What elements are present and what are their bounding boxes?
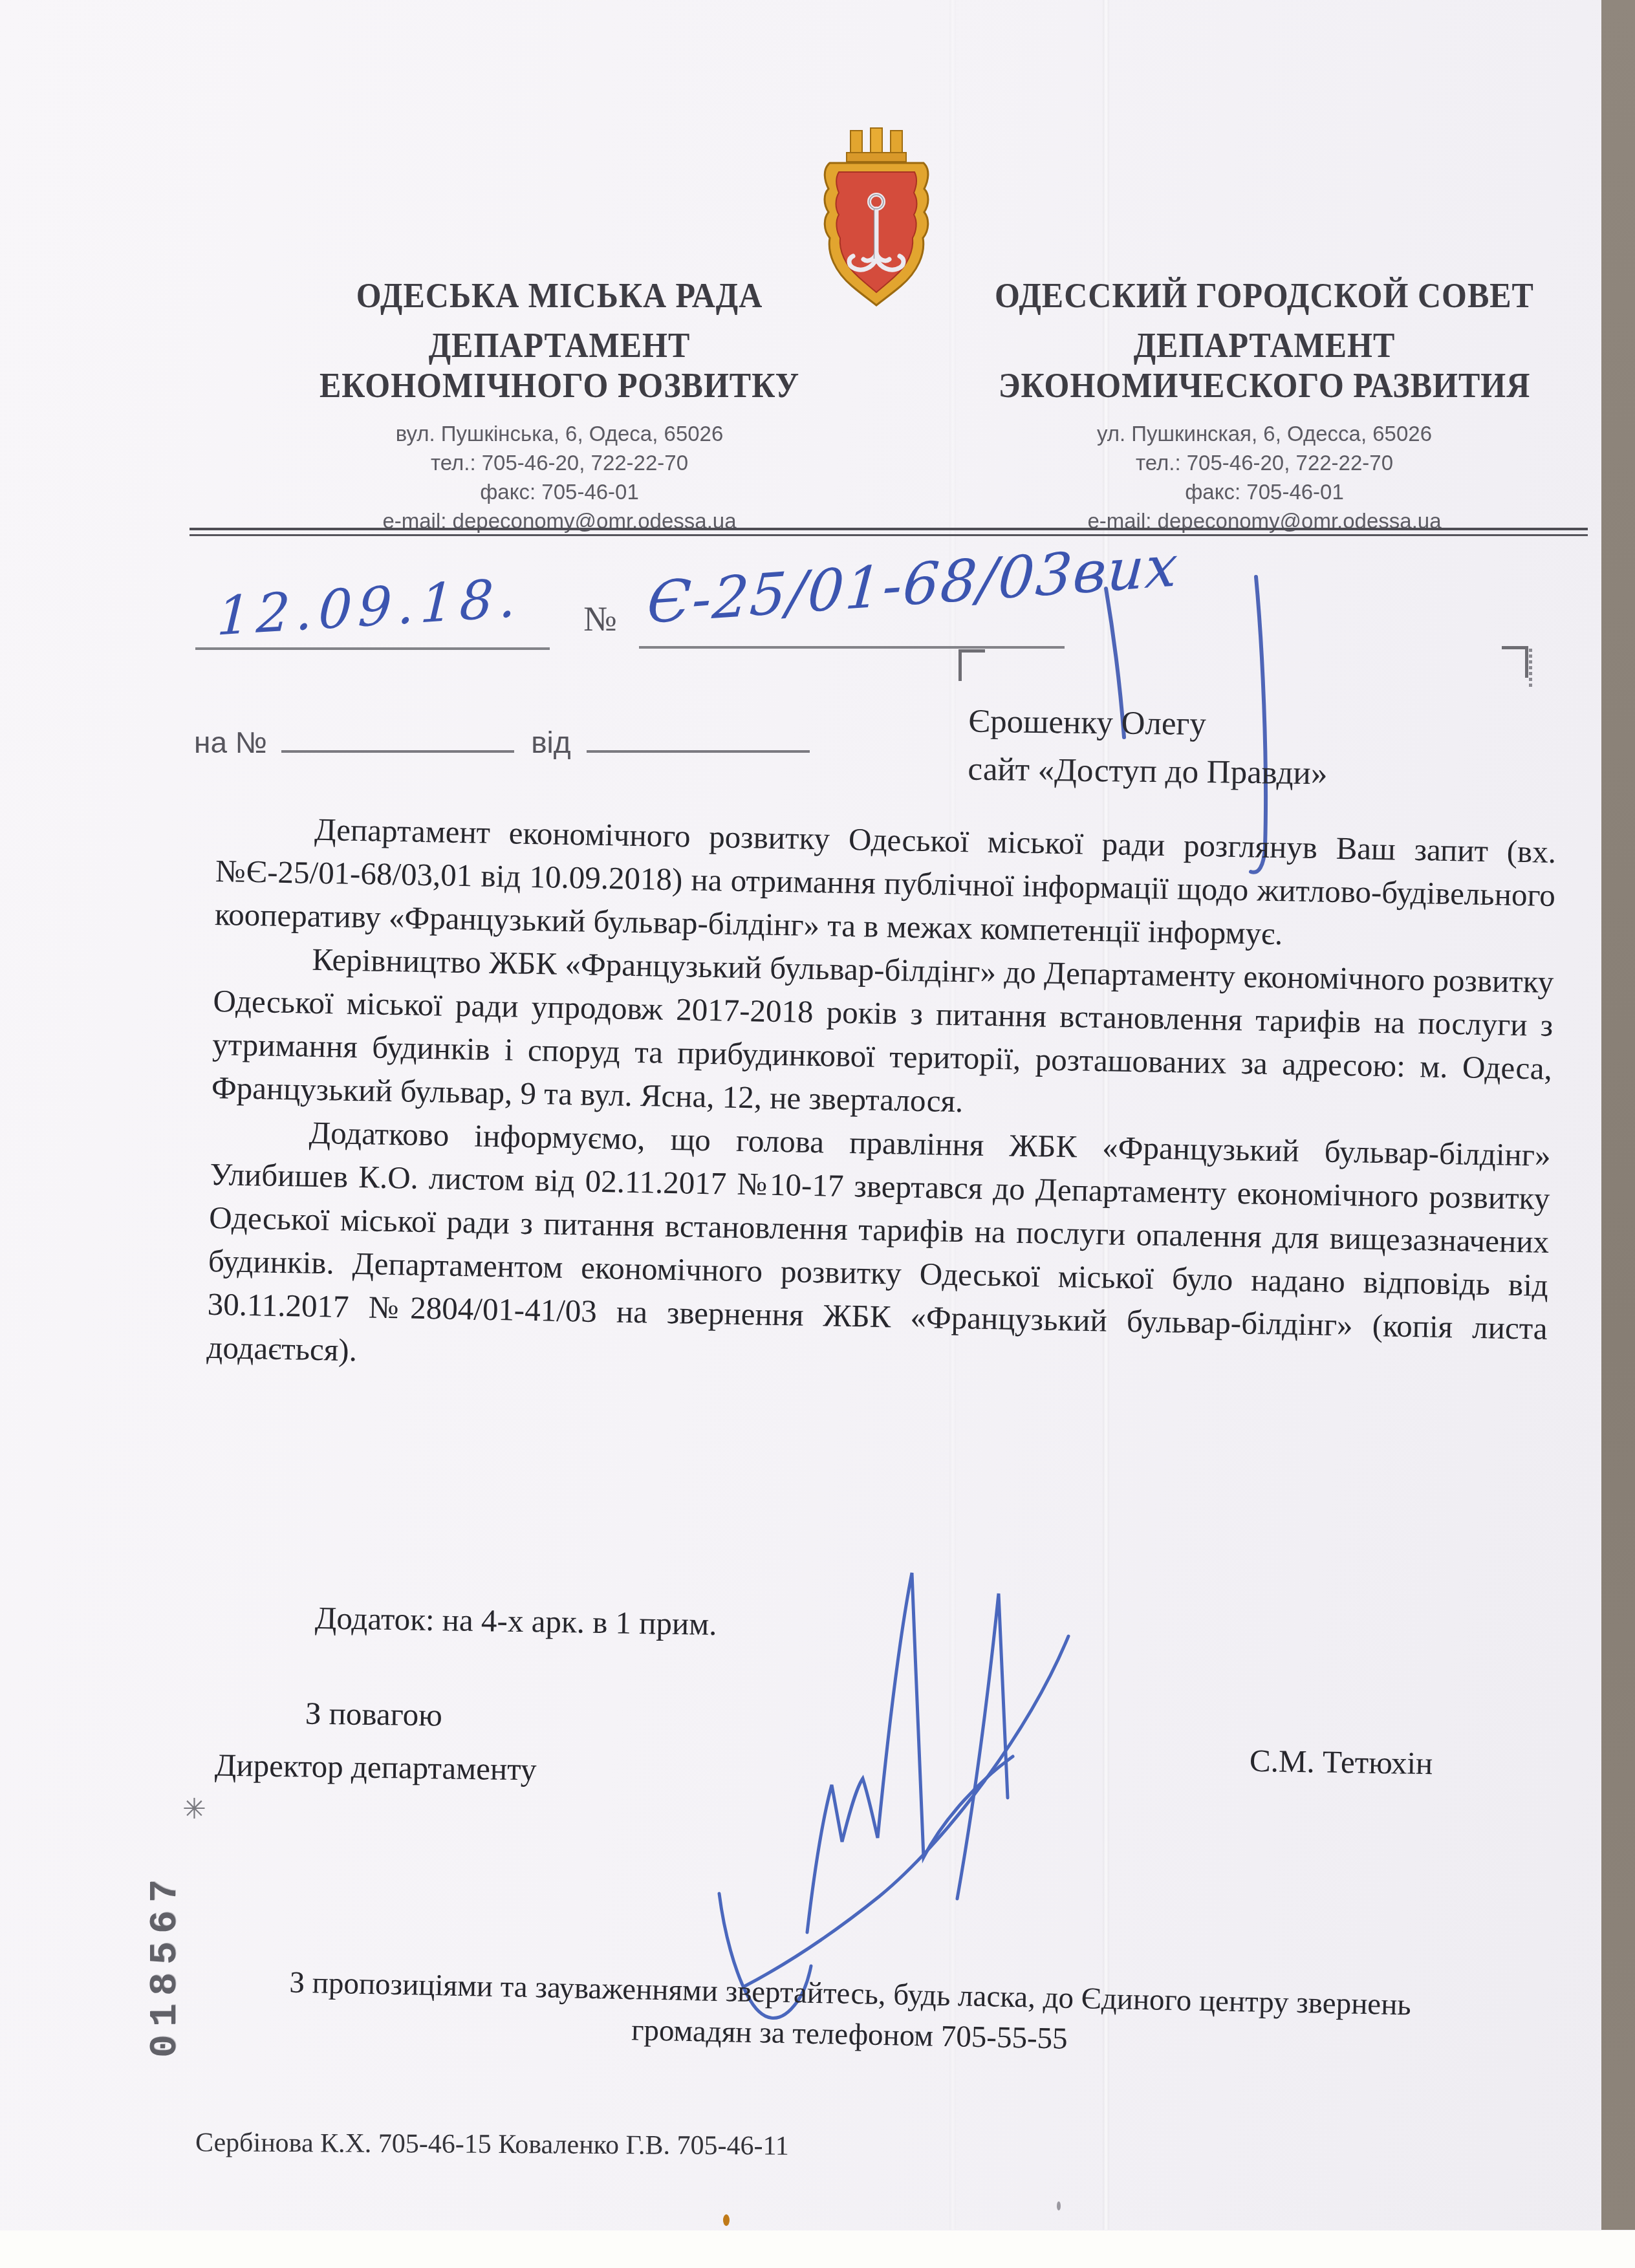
footer-notice: З пропозиціями та зауваженнями звертайте… (204, 1961, 1495, 2068)
salutation: З повагою (305, 1695, 443, 1734)
scan-speck (723, 2214, 730, 2226)
contacts-ru: ул. Пушкинская, 6, Одесса, 65026 тел.: 7… (957, 419, 1572, 535)
recipient-corner-mark-left (958, 649, 985, 681)
vid-label: від (531, 726, 571, 759)
scan-speck (1057, 2201, 1061, 2210)
paragraph-3: Додатково інформуємо, що голова правлінн… (206, 1109, 1551, 1394)
fax-ru: факс: 705-46-01 (957, 477, 1572, 506)
handwritten-date: 12.09.18. (215, 567, 523, 647)
recipient-corner-mark-right (1502, 646, 1528, 678)
paragraph-2: Керівництво ЖБК «Французький бульвар-біл… (211, 936, 1554, 1134)
recipient-name: Єрошенку Олегу (968, 698, 1328, 750)
stamp-asterisk-mark: ✳ (182, 1793, 206, 1826)
department-name-uk: ДЕПАРТАМЕНТ ЕКОНОМІЧНОГО РОЗВИТКУ (233, 325, 886, 405)
date-underline (195, 647, 550, 650)
address-uk: вул. Пушкінська, 6, Одеса, 65026 (233, 419, 886, 448)
number-underline (639, 646, 1065, 649)
attachment-note: Додаток: на 4-х арк. в 1 прим. (315, 1599, 717, 1643)
recipient-block: Єрошенку Олегу сайт «Доступ до Правди» (968, 698, 1328, 798)
signer-name: С.М. Тетюхін (1250, 1742, 1433, 1782)
paragraph-1: Департамент економічного розвитку Одеськ… (214, 806, 1556, 960)
department-name-ru: ДЕПАРТАМЕНТ ЭКОНОМИЧЕСКОГО РАЗВИТИЯ (957, 325, 1572, 405)
council-name-ru: ОДЕССКИЙ ГОРОДСКОЙ СОВЕТ (957, 275, 1572, 316)
phone-uk: тел.: 705-46-20, 722-22-70 (233, 448, 886, 477)
phone-ru: тел.: 705-46-20, 722-22-70 (957, 448, 1572, 477)
department-line2-uk: ЕКОНОМІЧНОГО РОЗВИТКУ (233, 365, 886, 405)
letterhead-ukrainian-column: ОДЕСЬКА МІСЬКА РАДА ДЕПАРТАМЕНТ ЕКОНОМІЧ… (233, 277, 886, 535)
executor-contacts: Сербінова К.Х. 705-46-15 Коваленко Г.В. … (195, 2127, 789, 2162)
scanner-edge-strip (1601, 0, 1635, 2230)
incoming-date-blank (587, 719, 810, 753)
letterhead-divider-rule (189, 528, 1588, 536)
address-ru: ул. Пушкинская, 6, Одесса, 65026 (957, 419, 1572, 448)
fax-uk: факс: 705-46-01 (233, 477, 886, 506)
registration-stamp-number: 018567 (144, 1872, 188, 2058)
micro-print-mark (1529, 649, 1532, 689)
letterhead-russian-column: ОДЕССКИЙ ГОРОДСКОЙ СОВЕТ ДЕПАРТАМЕНТ ЭКО… (957, 277, 1572, 535)
crown-icon (847, 128, 906, 162)
incoming-reference-row: на №від (194, 719, 810, 760)
letter-body: Департамент економічного розвитку Одеськ… (206, 806, 1557, 1394)
number-sign: № (583, 599, 617, 639)
recipient-site: сайт «Доступ до Правди» (968, 746, 1328, 798)
scanned-letter-page: ОДЕСЬКА МІСЬКА РАДА ДЕПАРТАМЕНТ ЕКОНОМІЧ… (0, 0, 1635, 2268)
incoming-number-blank (281, 719, 514, 753)
department-line2-ru: ЭКОНОМИЧЕСКОГО РАЗВИТИЯ (957, 365, 1572, 405)
department-line1-uk: ДЕПАРТАМЕНТ (233, 325, 886, 365)
scanner-bottom-edge (0, 2230, 1635, 2268)
contacts-uk: вул. Пушкінська, 6, Одеса, 65026 тел.: 7… (233, 419, 886, 535)
department-line1-ru: ДЕПАРТАМЕНТ (957, 325, 1572, 365)
na-label: на № (194, 726, 267, 759)
council-name-uk: ОДЕСЬКА МІСЬКА РАДА (233, 275, 886, 316)
signer-title: Директор департаменту (215, 1747, 537, 1788)
